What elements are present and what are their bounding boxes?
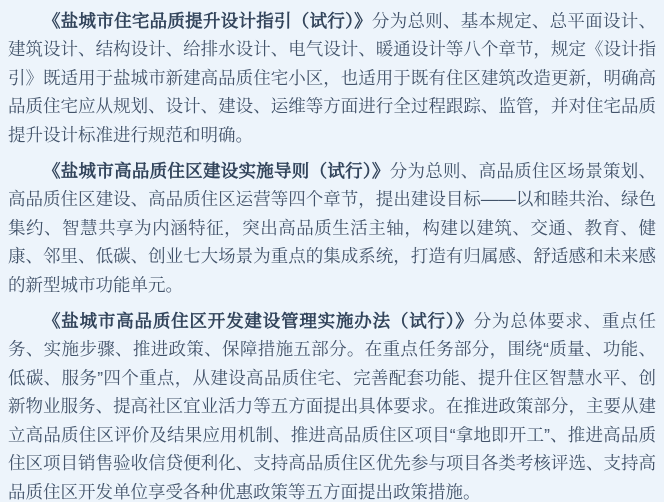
paragraph-management-measures: 《盐城市高品质住区开发建设管理实施办法（试行）》分为总体要求、重点任务、实施步骤… (8, 307, 656, 502)
document-body: 《盐城市住宅品质提升设计指引（试行）》分为总则、基本规定、总平面设计、建筑设计、… (0, 0, 664, 502)
paragraph-body: 分为总则、基本规定、总平面设计、建筑设计、结构设计、给排水设计、电气设计、暖通设… (8, 11, 656, 145)
paragraph-title: 《盐城市住宅品质提升设计指引（试行）》 (43, 11, 372, 31)
paragraph-body: 分为总则、高品质住区场景策划、高品质住区建设、高品质住区运营等四个章节，提出建设… (8, 161, 656, 295)
paragraph-title: 《盐城市高品质住区开发建设管理实施办法（试行）》 (43, 311, 474, 331)
paragraph-title: 《盐城市高品质住区建设实施导则（试行）》 (43, 161, 390, 181)
paragraph-construction-guideline: 《盐城市高品质住区建设实施导则（试行）》分为总则、高品质住区场景策划、高品质住区… (8, 157, 656, 299)
paragraph-design-guideline: 《盐城市住宅品质提升设计指引（试行）》分为总则、基本规定、总平面设计、建筑设计、… (8, 7, 656, 149)
paragraph-body: 分为总体要求、重点任务、实施步骤、推进政策、保障措施五部分。在重点任务部分，围绕… (8, 311, 656, 501)
